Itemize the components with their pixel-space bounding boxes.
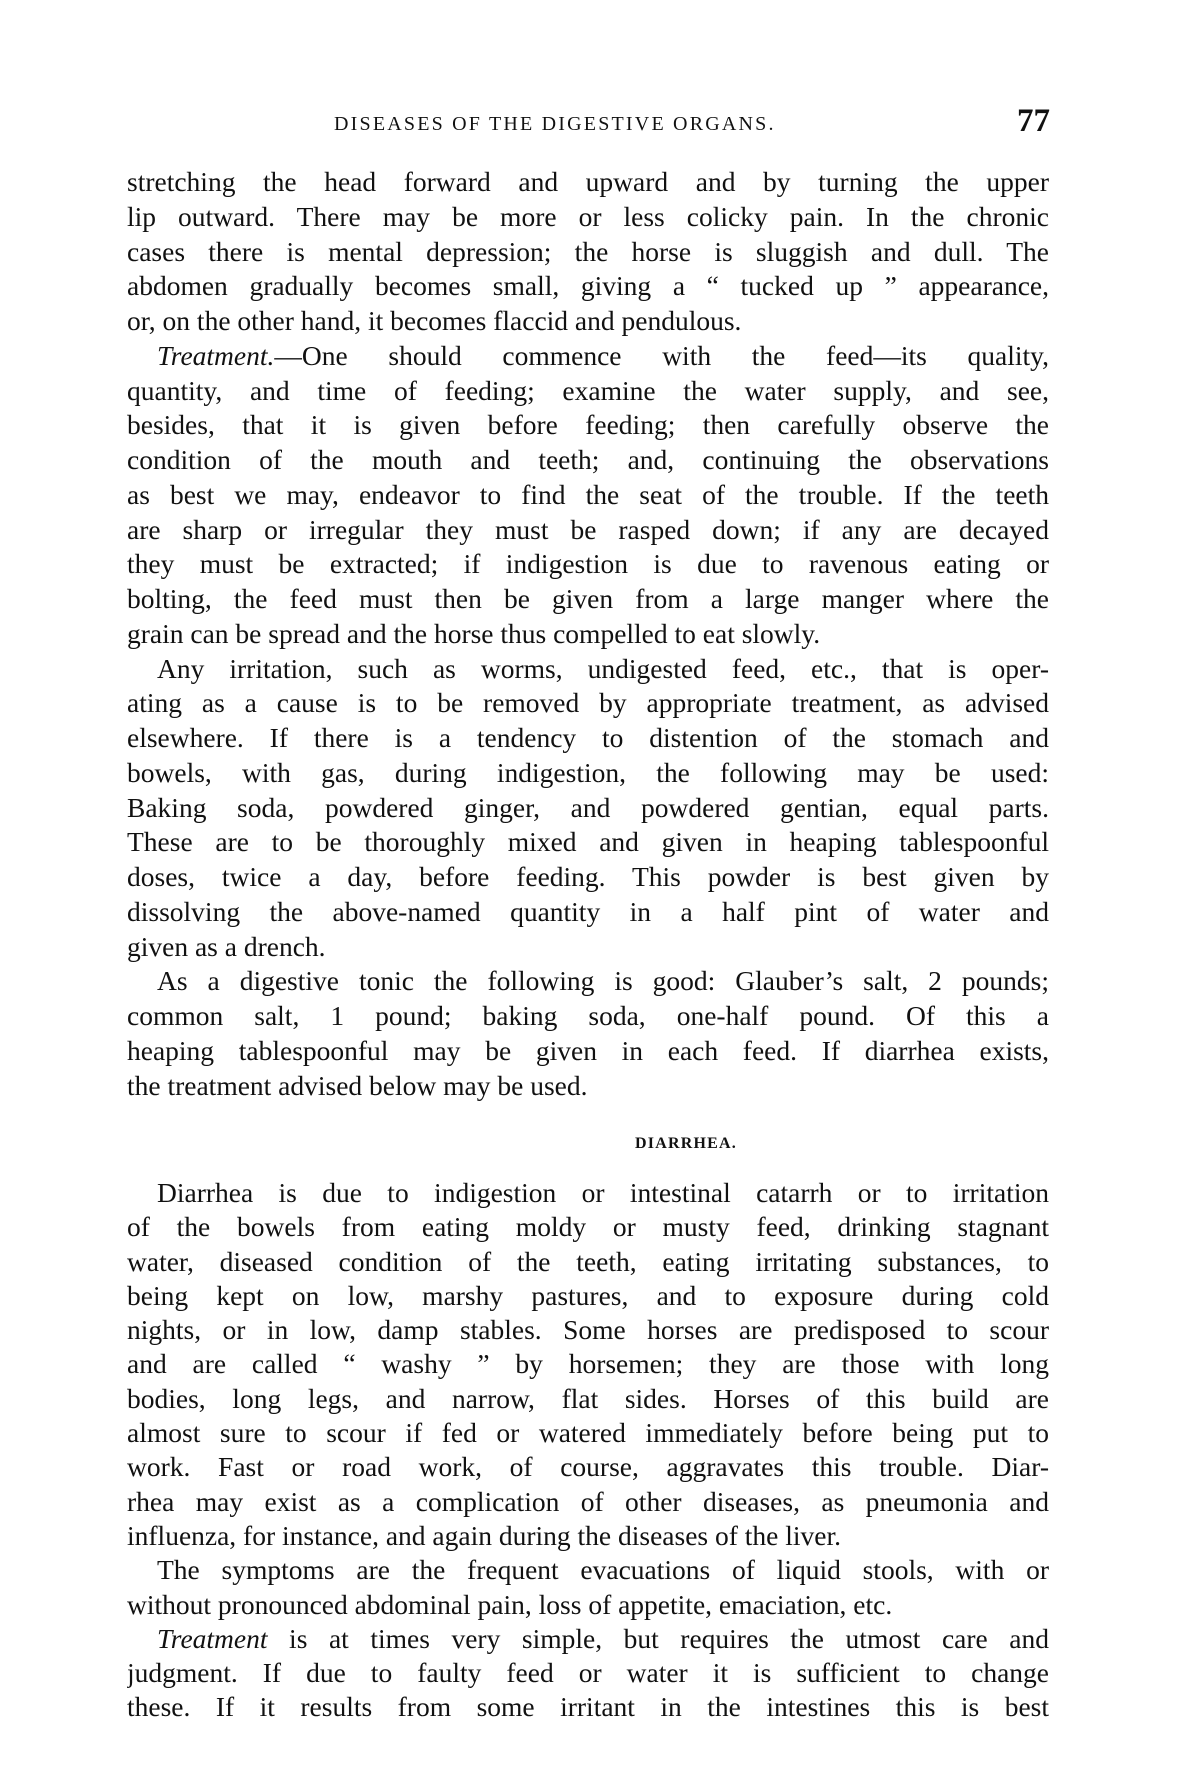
text-line: heaping tablespoonful may be given in ea… bbox=[127, 1034, 1049, 1069]
text-line: almost sure to scour if fed or watered i… bbox=[127, 1416, 1049, 1450]
text-line: they must be extracted; if indigestion i… bbox=[127, 547, 1049, 582]
text-line: influenza, for instance, and again durin… bbox=[127, 1519, 1049, 1553]
text-line: Baking soda, powdered ginger, and powder… bbox=[127, 791, 1049, 826]
text-line: the treatment advised below may be used. bbox=[127, 1069, 1049, 1104]
italic-lead: Treatment bbox=[157, 1623, 268, 1654]
paragraph-first-line: As a digestive tonic the following is go… bbox=[127, 964, 1049, 999]
text-line: or, on the other hand, it becomes flacci… bbox=[127, 304, 1049, 339]
text-run: is at times very simple, but requires th… bbox=[268, 1623, 1049, 1654]
text-line: ating as a cause is to be removed by app… bbox=[127, 686, 1049, 721]
italic-lead: Treatment. bbox=[157, 340, 274, 371]
text-line: bolting, the feed must then be given fro… bbox=[127, 582, 1049, 617]
text-line: dissolving the above-named quantity in a… bbox=[127, 895, 1049, 930]
paragraph-first-line: Treatment is at times very simple, but r… bbox=[127, 1622, 1049, 1656]
text-line: grain can be spread and the horse thus c… bbox=[127, 617, 1049, 652]
book-page: DISEASES OF THE DIGESTIVE ORGANS. 77 str… bbox=[0, 0, 1200, 1768]
text-line: doses, twice a day, before feeding. This… bbox=[127, 860, 1049, 895]
body-text-upper: stretching the head forward and upward a… bbox=[127, 165, 1049, 1103]
paragraph-first-line: Any irritation, such as worms, undigeste… bbox=[127, 652, 1049, 687]
text-line: judgment. If due to faulty feed or water… bbox=[127, 1656, 1049, 1690]
text-line: these. If it results from some irritant … bbox=[127, 1690, 1049, 1724]
running-head-title: DISEASES OF THE DIGESTIVE ORGANS. bbox=[334, 113, 834, 136]
text-line: elsewhere. If there is a tendency to dis… bbox=[127, 721, 1049, 756]
text-line: These are to be thoroughly mixed and giv… bbox=[127, 825, 1049, 860]
paragraph-first-line: The symptoms are the frequent evacuation… bbox=[127, 1553, 1049, 1587]
text-line: bowels, with gas, during indigestion, th… bbox=[127, 756, 1049, 791]
text-line: without pronounced abdominal pain, loss … bbox=[127, 1588, 1049, 1622]
text-line: of the bowels from eating moldy or musty… bbox=[127, 1210, 1049, 1244]
text-line: besides, that it is given before feeding… bbox=[127, 408, 1049, 443]
page-number: 77 bbox=[1014, 103, 1050, 140]
text-line: are sharp or irregular they must be rasp… bbox=[127, 513, 1049, 548]
body-text-lower: Diarrhea is due to indigestion or intest… bbox=[127, 1176, 1049, 1725]
text-line: work. Fast or road work, of course, aggr… bbox=[127, 1450, 1049, 1484]
paragraph-first-line: Treatment.—One should commence with the … bbox=[127, 339, 1049, 374]
text-line: water, diseased condition of the teeth, … bbox=[127, 1245, 1049, 1279]
text-line: stretching the head forward and upward a… bbox=[127, 165, 1049, 200]
text-line: nights, or in low, damp stables. Some ho… bbox=[127, 1313, 1049, 1347]
text-line: given as a drench. bbox=[127, 930, 1049, 965]
section-heading-diarrhea: DIARRHEA. bbox=[0, 1135, 1200, 1153]
text-line: quantity, and time of feeding; examine t… bbox=[127, 374, 1049, 409]
text-line: abdomen gradually becomes small, giving … bbox=[127, 269, 1049, 304]
text-line: common salt, 1 pound; baking soda, one-h… bbox=[127, 999, 1049, 1034]
text-line: and are called “ washy ” by horsemen; th… bbox=[127, 1347, 1049, 1381]
text-line: as best we may, endeavor to find the sea… bbox=[127, 478, 1049, 513]
text-line: rhea may exist as a complication of othe… bbox=[127, 1485, 1049, 1519]
text-line: lip outward. There may be more or less c… bbox=[127, 200, 1049, 235]
text-line: cases there is mental depression; the ho… bbox=[127, 235, 1049, 270]
paragraph-first-line: Diarrhea is due to indigestion or intest… bbox=[127, 1176, 1049, 1210]
text-line: condition of the mouth and teeth; and, c… bbox=[127, 443, 1049, 478]
text-line: being kept on low, marshy pastures, and … bbox=[127, 1279, 1049, 1313]
text-run: —One should commence with the feed—its q… bbox=[274, 340, 1049, 371]
text-line: bodies, long legs, and narrow, flat side… bbox=[127, 1382, 1049, 1416]
